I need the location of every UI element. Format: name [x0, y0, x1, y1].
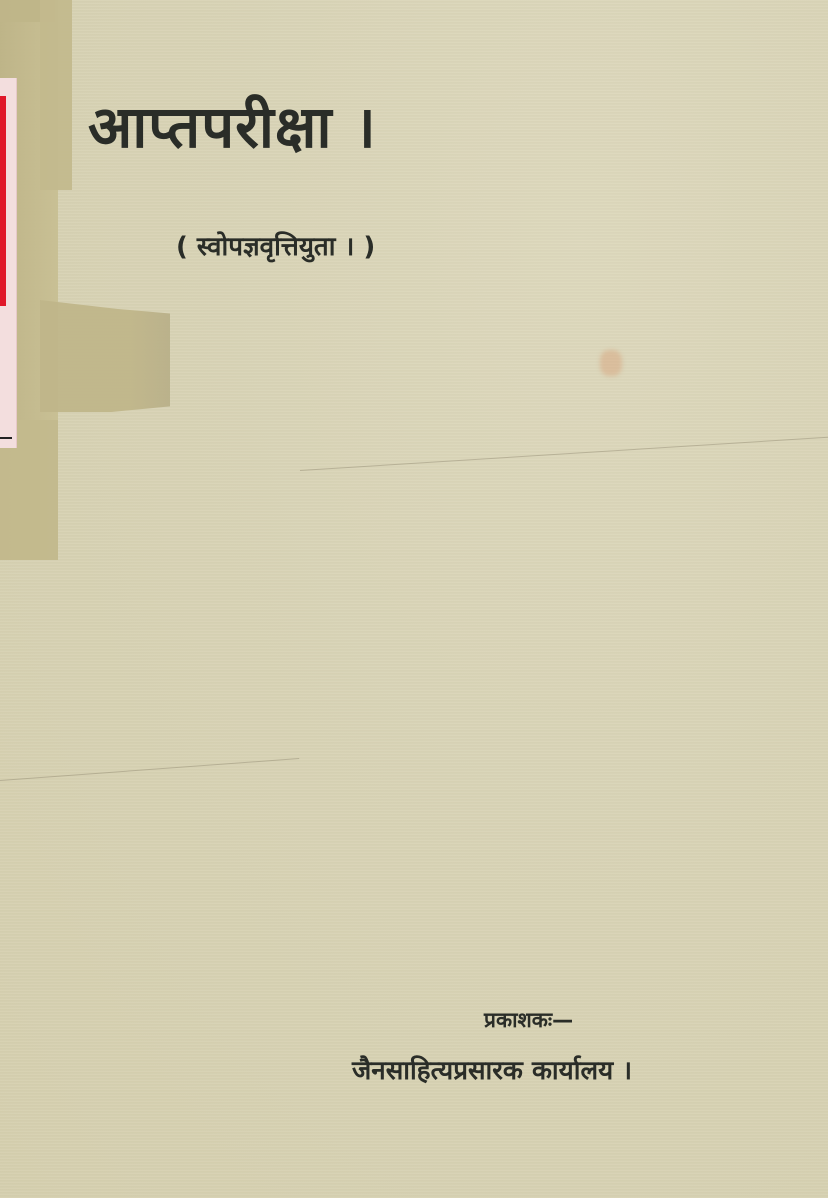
- book-title: आप्तपरीक्षा ।: [88, 98, 377, 156]
- book-cover: आप्तपरीक्षा । ( स्वोपज्ञवृत्तियुता । ) प…: [0, 0, 828, 1198]
- publisher-label: प्रकाशकः—: [484, 1010, 573, 1031]
- spine-tape-flap: [40, 0, 72, 190]
- publisher-name: जैनसाहित्यप्रसारक कार्यालय ।: [352, 1058, 632, 1084]
- library-label-rule: [0, 437, 12, 439]
- library-label-red-border: [0, 96, 6, 306]
- paper-crease: [0, 758, 299, 781]
- book-subtitle: ( स्वोपज्ञवृत्तियुता । ): [176, 234, 375, 260]
- paper-stain: [600, 350, 622, 376]
- spine-tape-flap: [40, 300, 170, 412]
- paper-crease: [300, 437, 828, 471]
